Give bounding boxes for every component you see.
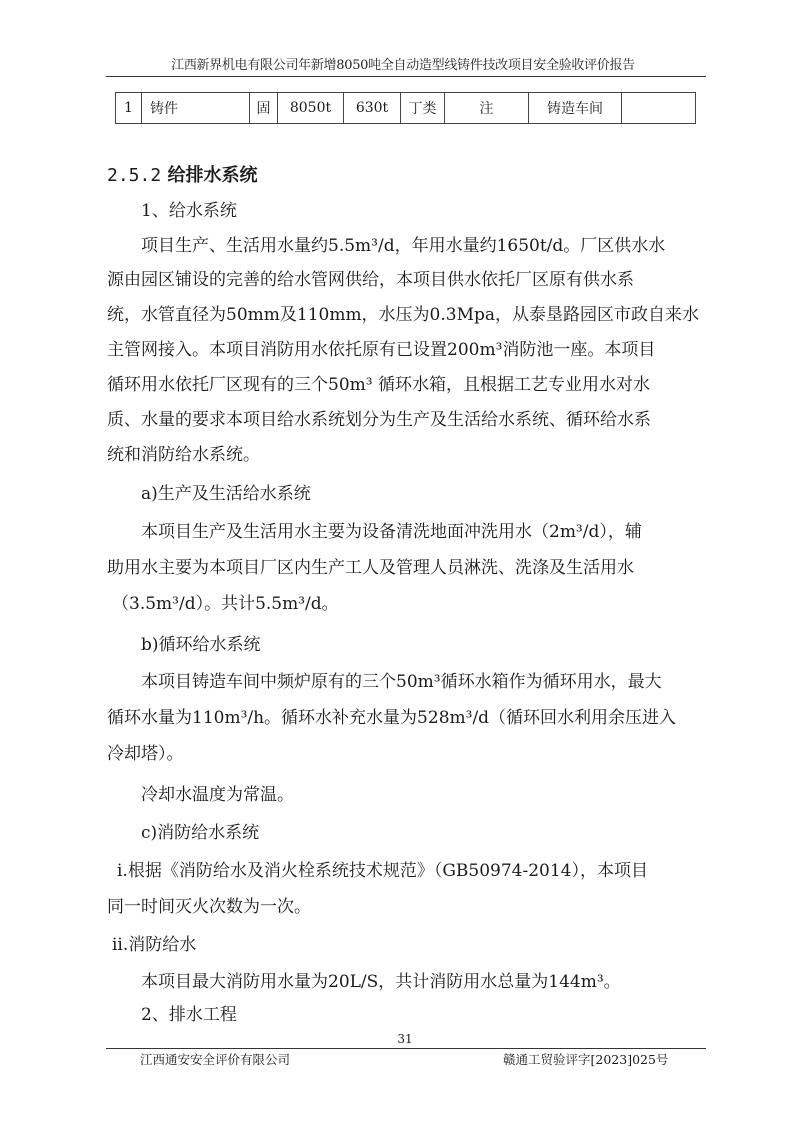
table-cell-index: 1 (116, 93, 142, 124)
paragraph-line: 质、水量的要求本项目给水系统划分为生产及生活给水系统、循环给水系 (107, 410, 651, 430)
running-header-title: 江西新界机电有限公司年新增8050吨全自动造型线铸件技改项目安全验收评价报告 (100, 54, 706, 73)
document-page: 江西新界机电有限公司年新增8050吨全自动造型线铸件技改项目安全验收评价报告 1… (0, 0, 800, 1131)
paragraph-line: 本项目铸造车间中频炉原有的三个50m³循环水箱作为循环用水，最大 (141, 672, 662, 692)
paragraph-line: i.根据《消防给水及消火栓系统技术规范》（GB50974-2014），本项目 (117, 861, 648, 881)
paragraph-line: 冷却水温度为常温。 (141, 785, 294, 805)
footer-rule (106, 1048, 706, 1049)
paragraph-line: 统，水管直径为50mm及110mm，水压为0.3Mpa，从泰垦路园区市政自来水 (107, 305, 699, 325)
paragraph-line: 主管网接入。本项目消防用水依托原有已设置200m³消防池一座。本项目 (107, 340, 655, 360)
paragraph-line: 统和消防给水系统。 (107, 445, 260, 465)
subheading-production-living-water: a)生产及生活给水系统 (141, 484, 311, 504)
table-cell-annual-amount: 8050t (278, 93, 344, 124)
table-cell-note: 注 (445, 93, 529, 124)
subheading-fire-water: c)消防给水系统 (141, 823, 259, 843)
subheading-circulating-water: b)循环给水系统 (141, 635, 261, 655)
substance-table: 1 铸件 固 8050t 630t 丁类 注 铸造车间 (115, 92, 696, 124)
section-heading: 2.5.2 给排水系统 (107, 161, 257, 187)
table-cell-max-storage: 630t (344, 93, 401, 124)
paragraph-line: 冷却塔）。 (107, 744, 184, 764)
section-number: 2.5.2 (107, 165, 161, 186)
subheading-fire-water-supply: ii.消防给水 (112, 935, 196, 955)
footer-doc-number: 赣通工贸验评字[2023]025号 (503, 1050, 668, 1068)
paragraph-line: （3.5m³/d）。共计5.5m³/d。 (112, 594, 339, 614)
paragraph-line: 项目生产、生活用水量约5.5m³/d，年用水量约1650t/d。厂区供水水 (141, 236, 665, 256)
footer-company: 江西通安安全评价有限公司 (140, 1050, 290, 1068)
table-cell-empty (622, 93, 696, 124)
section-title: 给排水系统 (167, 165, 257, 186)
subsection-heading-water-supply: 1、给水系统 (141, 201, 237, 221)
paragraph-line: 循环水量为110m³/h。循环水补充水量为528m³/d（循环回水利用余压进入 (107, 708, 676, 728)
subsection-heading-drainage: 2、排水工程 (141, 1005, 237, 1025)
page-number: 31 (390, 1032, 420, 1046)
table-cell-location: 铸造车间 (529, 93, 622, 124)
paragraph-line: 同一时间灭火次数为一次。 (107, 897, 311, 917)
header-rule (106, 76, 706, 77)
paragraph-line: 本项目最大消防用水量为20L/S，共计消防用水总量为144m³。 (141, 972, 621, 992)
table-cell-hazard-class: 丁类 (401, 93, 445, 124)
paragraph-line: 本项目生产及生活用水主要为设备清洗地面冲洗用水（2m³/d），辅 (141, 522, 642, 542)
table-cell-state: 固 (250, 93, 278, 124)
table-cell-name: 铸件 (142, 93, 250, 124)
paragraph-line: 助用水主要为本项目厂区内生产工人及管理人员淋洗、洗涤及生活用水 (107, 558, 634, 578)
paragraph-line: 源由园区铺设的完善的给水管网供给，本项目供水依托厂区原有供水系 (107, 270, 634, 290)
paragraph-line: 循环用水依托厂区现有的三个50m³ 循环水箱，且根据工艺专业用水对水 (107, 375, 650, 395)
table-row: 1 铸件 固 8050t 630t 丁类 注 铸造车间 (116, 93, 696, 124)
